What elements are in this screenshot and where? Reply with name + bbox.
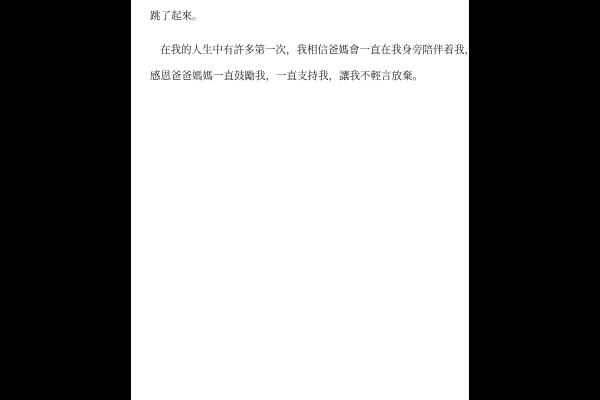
text-line: 跳了起來。 [150,3,455,29]
document-page: 跳了起來。 在我的人生中有許多第一次，我相信爸媽會一直在我身旁陪伴着我，我 感恩… [131,0,469,400]
document-viewer: 跳了起來。 在我的人生中有許多第一次，我相信爸媽會一直在我身旁陪伴着我，我 感恩… [0,0,600,400]
text-line: 在我的人生中有許多第一次，我相信爸媽會一直在我身旁陪伴着我，我 [150,37,455,63]
paragraph-gap [150,29,455,37]
paragraph-continuation: 跳了起來。 [150,3,455,29]
text-line: 感恩爸爸媽媽一直鼓勵我，一直支持我，讓我不輕言放棄。 [150,63,455,89]
page-content: 跳了起來。 在我的人生中有許多第一次，我相信爸媽會一直在我身旁陪伴着我，我 感恩… [150,0,455,89]
paragraph: 在我的人生中有許多第一次，我相信爸媽會一直在我身旁陪伴着我，我 感恩爸爸媽媽一直… [150,37,455,89]
